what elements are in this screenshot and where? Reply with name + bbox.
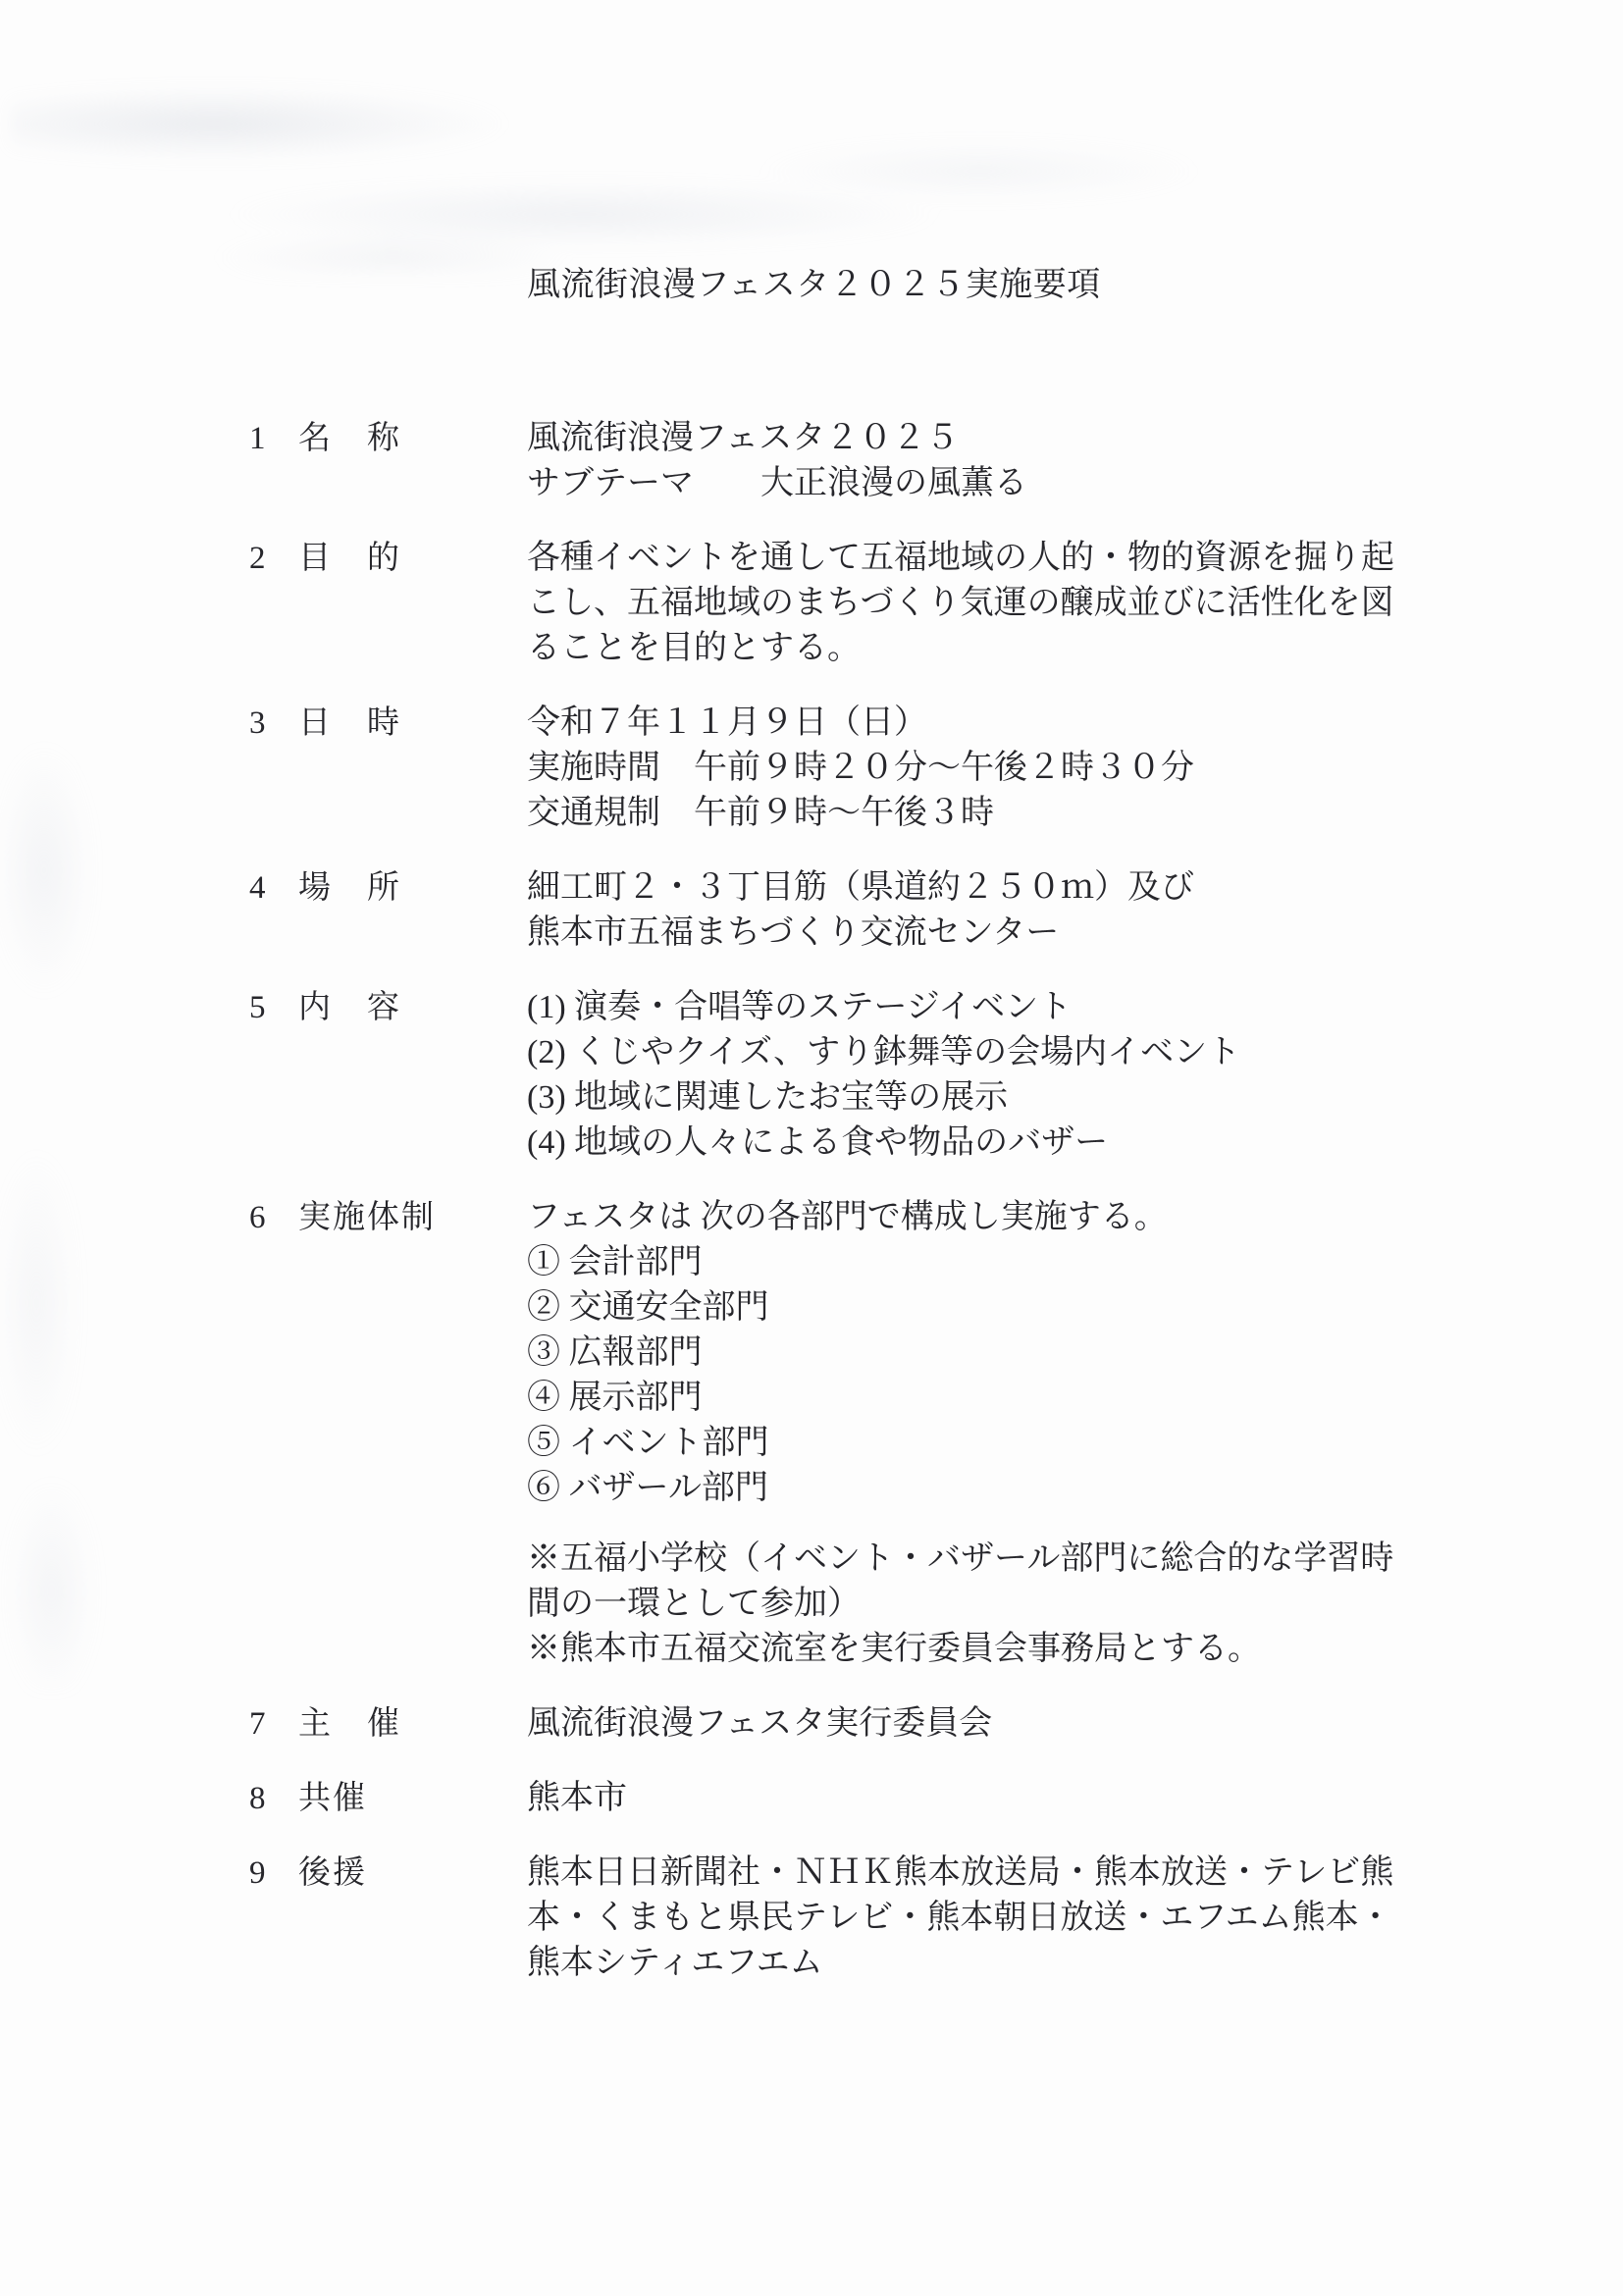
item-label: 目 的	[298, 536, 527, 581]
item-line: 本・くまもと県民テレビ・熊本朝日放送・エフエム熊本・	[527, 1896, 1422, 1941]
scanned-document-page: 風流街浪漫フェスタ２０２５実施要項 1名 称風流街浪漫フェスタ２０２５サブテーマ…	[0, 0, 1623, 2296]
item-number: 7	[249, 1701, 298, 1747]
item-line: ① 会計部門	[527, 1240, 1422, 1285]
item-label: 主 催	[298, 1701, 527, 1747]
item-line: ③ 広報部門	[527, 1331, 1422, 1376]
item-label: 日 時	[298, 701, 527, 746]
item-line: 各種イベントを通して五福地域の人的・物的資源を掘り起	[527, 536, 1422, 581]
item-line: 風流街浪漫フェスタ２０２５	[527, 416, 1422, 461]
item-row: 9後援熊本日日新聞社・ＮＨＫ熊本放送局・熊本放送・テレビ熊本・くまもと県民テレビ…	[0, 1851, 1623, 1986]
item-content: 風流街浪漫フェスタ実行委員会	[527, 1701, 1422, 1747]
item-content: 風流街浪漫フェスタ２０２５サブテーマ 大正浪漫の風薫る	[527, 416, 1422, 506]
item-number: 4	[249, 865, 298, 911]
item-number: 5	[249, 985, 298, 1030]
document-title: 風流街浪漫フェスタ２０２５実施要項	[527, 257, 1101, 305]
item-row: 4場 所細工町２・３丁目筋（県道約２５０ｍ）及び熊本市五福まちづくり交流センター	[0, 865, 1623, 956]
item-line: フェスタは 次の各部門で構成し実施する。	[527, 1195, 1422, 1240]
item-label: 名 称	[298, 416, 527, 461]
item-row: 5内 容(1) 演奏・合唱等のステージイベント(2) くじやクイズ、すり鉢舞等の…	[0, 985, 1623, 1166]
item-row: 1名 称風流街浪漫フェスタ２０２５サブテーマ 大正浪漫の風薫る	[0, 416, 1623, 506]
item-row: 7主 催風流街浪漫フェスタ実行委員会	[0, 1701, 1623, 1747]
item-label: 内 容	[298, 985, 527, 1030]
item-line: (2) くじやクイズ、すり鉢舞等の会場内イベント	[527, 1030, 1422, 1075]
item-line: 交通規制 午前９時～午後３時	[527, 791, 1422, 836]
item-line: サブテーマ 大正浪漫の風薫る	[527, 461, 1422, 506]
item-number: 3	[249, 701, 298, 746]
line-gap	[527, 1511, 1422, 1537]
item-content: 熊本市	[527, 1776, 1422, 1821]
document-body: 1名 称風流街浪漫フェスタ２０２５サブテーマ 大正浪漫の風薫る2目 的各種イベン…	[0, 416, 1623, 2015]
item-line: ⑤ イベント部門	[527, 1421, 1422, 1466]
item-line: (4) 地域の人々による食や物品のバザー	[527, 1121, 1422, 1166]
item-line: 令和７年１１月９日（日）	[527, 701, 1422, 746]
item-line: ② 交通安全部門	[527, 1285, 1422, 1331]
item-line: 熊本シティエフエム	[527, 1941, 1422, 1986]
item-line: ることを目的とする。	[527, 626, 1422, 671]
item-line: 細工町２・３丁目筋（県道約２５０ｍ）及び	[527, 865, 1422, 911]
item-content: フェスタは 次の各部門で構成し実施する。① 会計部門② 交通安全部門③ 広報部門…	[527, 1195, 1422, 1672]
item-line: こし、五福地域のまちづくり気運の醸成並びに活性化を図	[527, 581, 1422, 626]
item-number: 1	[249, 416, 298, 461]
item-line: 風流街浪漫フェスタ実行委員会	[527, 1701, 1422, 1747]
item-line: (1) 演奏・合唱等のステージイベント	[527, 985, 1422, 1030]
item-line: 熊本日日新聞社・ＮＨＫ熊本放送局・熊本放送・テレビ熊	[527, 1851, 1422, 1896]
item-line: 熊本市	[527, 1776, 1422, 1821]
item-line: ※五福小学校（イベント・バザール部門に総合的な学習時	[527, 1537, 1422, 1582]
item-content: 熊本日日新聞社・ＮＨＫ熊本放送局・熊本放送・テレビ熊本・くまもと県民テレビ・熊本…	[527, 1851, 1422, 1986]
item-label: 場 所	[298, 865, 527, 911]
item-number: 8	[249, 1776, 298, 1821]
item-label: 後援	[298, 1851, 527, 1896]
item-content: 細工町２・３丁目筋（県道約２５０ｍ）及び熊本市五福まちづくり交流センター	[527, 865, 1422, 956]
item-line: (3) 地域に関連したお宝等の展示	[527, 1075, 1422, 1121]
item-label: 共催	[298, 1776, 527, 1821]
item-line: ※熊本市五福交流室を実行委員会事務局とする。	[527, 1627, 1422, 1672]
item-content: 令和７年１１月９日（日）実施時間 午前９時２０分～午後２時３０分交通規制 午前９…	[527, 701, 1422, 836]
item-number: 9	[249, 1851, 298, 1896]
item-line: 熊本市五福まちづくり交流センター	[527, 911, 1422, 956]
item-row: 2目 的各種イベントを通して五福地域の人的・物的資源を掘り起こし、五福地域のまち…	[0, 536, 1623, 671]
item-number: 2	[249, 536, 298, 581]
item-label: 実施体制	[298, 1195, 527, 1240]
item-row: 6実施体制フェスタは 次の各部門で構成し実施する。① 会計部門② 交通安全部門③…	[0, 1195, 1623, 1672]
item-content: 各種イベントを通して五福地域の人的・物的資源を掘り起こし、五福地域のまちづくり気…	[527, 536, 1422, 671]
item-row: 8共催熊本市	[0, 1776, 1623, 1821]
item-line: 実施時間 午前９時２０分～午後２時３０分	[527, 746, 1422, 791]
item-row: 3日 時令和７年１１月９日（日）実施時間 午前９時２０分～午後２時３０分交通規制…	[0, 701, 1623, 836]
item-content: (1) 演奏・合唱等のステージイベント(2) くじやクイズ、すり鉢舞等の会場内イ…	[527, 985, 1422, 1166]
item-line: ⑥ バザール部門	[527, 1466, 1422, 1511]
scan-artifact-top	[10, 59, 1285, 275]
item-number: 6	[249, 1195, 298, 1240]
item-line: 間の一環として参加）	[527, 1582, 1422, 1627]
item-line: ④ 展示部門	[527, 1376, 1422, 1421]
